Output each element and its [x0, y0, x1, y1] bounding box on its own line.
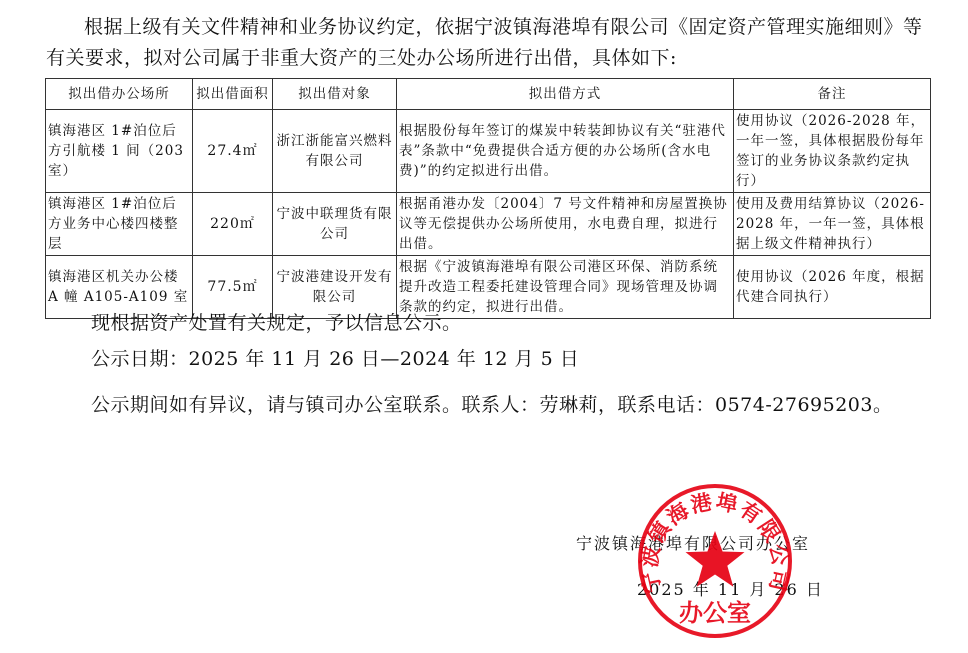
- contact-paragraph: 公示期间如有异议，请与镇司办公室联系。联系人：劳琳莉，联系电话：0574-276…: [91, 390, 968, 421]
- seal-bottom-text: 办公室: [679, 599, 751, 627]
- cell-remark: 使用协议（2026-2028 年，一年一签，具体根据股份每年签订的业务协议条款约…: [734, 110, 931, 193]
- cell-method: 根据甬港办发〔2004〕7 号文件精神和房屋置换协议等无偿提供办公场所使用，水电…: [397, 193, 734, 256]
- table-header-row: 拟出借办公场所 拟出借面积 拟出借对象 拟出借方式 备注: [46, 79, 931, 110]
- header-area: 拟出借面积: [193, 79, 273, 110]
- intro-paragraph: 根据上级有关文件精神和业务协议约定，依据宁波镇海港埠有限公司《固定资产管理实施细…: [46, 12, 936, 74]
- notice-paragraph: 现根据资产处置有关规定，予以信息公示。: [91, 308, 968, 339]
- cell-location: 镇海港区 1#泊位后方业务中心楼四楼整层: [46, 193, 193, 256]
- header-remark: 备注: [734, 79, 931, 110]
- table-row: 镇海港区 1#泊位后方引航楼 1 间（203 室） 27.4㎡ 浙江浙能富兴燃料…: [46, 110, 931, 193]
- cell-area: 27.4㎡: [193, 110, 273, 193]
- table-row: 镇海港区 1#泊位后方业务中心楼四楼整层 220㎡ 宁波中联理货有限公司 根据甬…: [46, 193, 931, 256]
- notice-period: 公示日期：2025 年 11 月 26 日—2024 年 12 月 5 日: [91, 344, 968, 375]
- cell-recipient: 浙江浙能富兴燃料有限公司: [273, 110, 397, 193]
- cell-method: 根据股份每年签订的煤炭中转装卸协议有关“驻港代表”条款中“免费提供合适方便的办公…: [397, 110, 734, 193]
- signature-organization: 宁波镇海港埠有限公司办公室: [576, 531, 810, 554]
- asset-lending-table: 拟出借办公场所 拟出借面积 拟出借对象 拟出借方式 备注 镇海港区 1#泊位后方…: [45, 78, 931, 319]
- header-method: 拟出借方式: [397, 79, 734, 110]
- header-recipient: 拟出借对象: [273, 79, 397, 110]
- header-location: 拟出借办公场所: [46, 79, 193, 110]
- cell-area: 220㎡: [193, 193, 273, 256]
- cell-recipient: 宁波中联理货有限公司: [273, 193, 397, 256]
- cell-remark: 使用及费用结算协议（2026-2028 年，一年一签，具体根据上级文件精神执行）: [734, 193, 931, 256]
- official-seal-icon: 宁波镇海港埠有限公司 办公室: [635, 481, 795, 641]
- signature-date: 2025 年 11 月 26 日: [637, 577, 824, 600]
- cell-location: 镇海港区 1#泊位后方引航楼 1 间（203 室）: [46, 110, 193, 193]
